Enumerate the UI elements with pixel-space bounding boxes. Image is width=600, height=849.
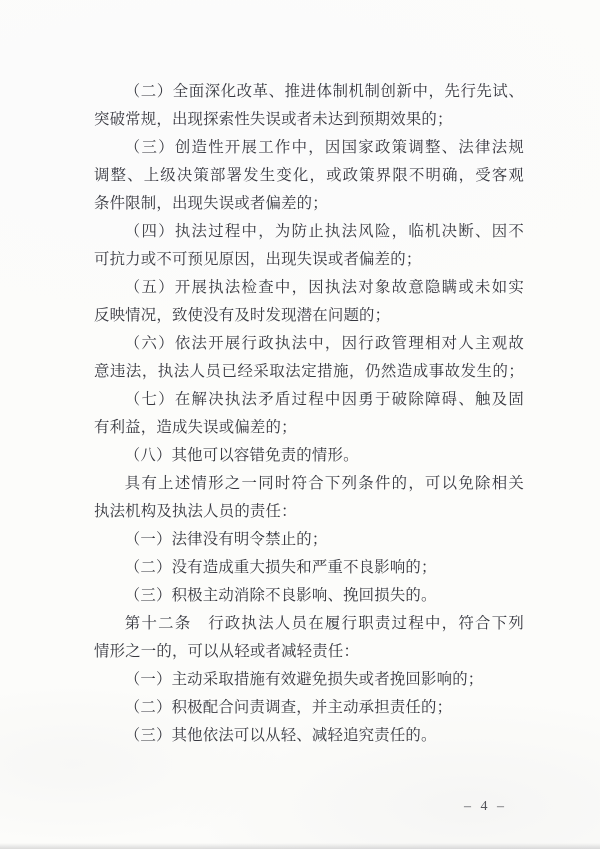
text-line: 有利益，造成失误或偏差的； [94,414,524,442]
text-line: 第十二条 行政执法人员在履行职责过程中，符合下列 [94,610,524,638]
text-line: （七）在解决执法矛盾过程中因勇于破除障碍、触及固 [94,386,524,414]
text-line: （三）创造性开展工作中，因国家政策调整、法律法规 [94,134,524,162]
text-line: 反映情况，致使没有及时发现潜在问题的； [94,302,524,330]
text-line: （五）开展执法检查中，因执法对象故意隐瞒或未如实 [94,274,524,302]
text-line: 具有上述情形之一同时符合下列条件的，可以免除相关 [94,470,524,498]
text-line: 条件限制，出现失误或者偏差的； [94,190,524,218]
page-number: – 4 – [464,799,507,815]
text-line: （三）积极主动消除不良影响、挽回损失的。 [94,582,524,610]
text-line: （四）执法过程中，为防止执法风险，临机决断、因不 [94,218,524,246]
text-line: （二）没有造成重大损失和严重不良影响的； [94,554,524,582]
text-line: （八）其他可以容错免责的情形。 [94,442,524,470]
text-line: 调整、上级决策部署发生变化，或政策界限不明确，受客观 [94,162,524,190]
text-line: （一）法律没有明令禁止的； [94,526,524,554]
text-line: （一）主动采取措施有效避免损失或者挽回影响的； [94,666,524,694]
scanned-document-page: （二）全面深化改革、推进体制机制创新中，先行先试、 突破常规，出现探索性失误或者… [0,0,600,849]
text-line: 意违法，执法人员已经采取法定措施，仍然造成事故发生的； [94,358,524,386]
text-line: （三）其他依法可以从轻、减轻追究责任的。 [94,722,524,750]
text-line: （六）依法开展行政执法中，因行政管理相对人主观故 [94,330,524,358]
text-line: 可抗力或不可预见原因，出现失误或者偏差的； [94,246,524,274]
document-body: （二）全面深化改革、推进体制机制创新中，先行先试、 突破常规，出现探索性失误或者… [94,78,524,750]
text-line: 执法机构及执法人员的责任： [94,498,524,526]
text-line: 情形之一的，可以从轻或者减轻责任： [94,638,524,666]
text-line: （二）积极配合问责调查，并主动承担责任的； [94,694,524,722]
text-line: 突破常规，出现探索性失误或者未达到预期效果的； [94,106,524,134]
text-line: （二）全面深化改革、推进体制机制创新中，先行先试、 [94,78,524,106]
